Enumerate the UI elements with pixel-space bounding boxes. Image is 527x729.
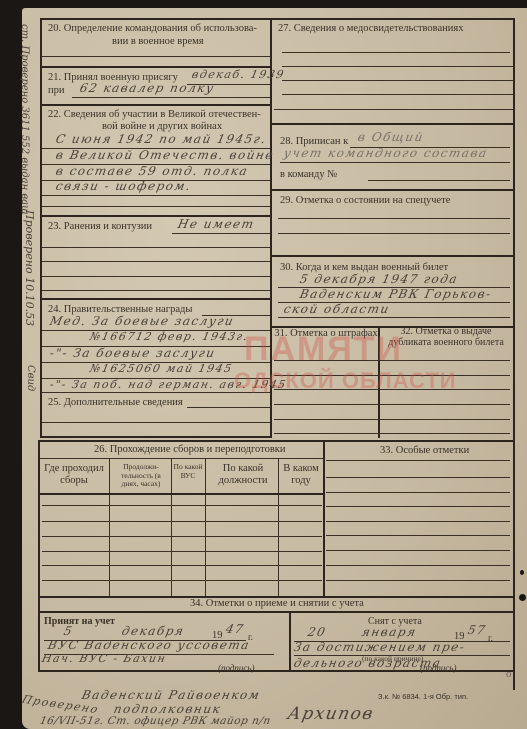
col-where: Где проходил сборы [40, 463, 108, 487]
s34-label: 34. Отметки о приеме и снятии с учета [190, 598, 364, 610]
accepted-sign-caption: (подпись) [218, 662, 255, 674]
col-vus: По какой ВУС [173, 463, 203, 480]
s28-value-1: в Общий [357, 130, 426, 144]
s30-line-2: Ваденским РВК Горьков- [299, 287, 494, 301]
s33-label: 33. Особые отметки [380, 445, 469, 457]
col-year: В каком году [280, 463, 322, 487]
s24-line-2: №166712 февр. 1943г. [89, 330, 250, 343]
page-mark: о [506, 668, 512, 680]
s22-line-4: связи - шофером. [55, 179, 193, 193]
s21-oath-date: вдекаб. 1939 [191, 68, 286, 81]
s30-line-3: ской области [283, 302, 392, 316]
s20-label-2: вии в военное время [112, 36, 204, 48]
s20-label-1: 20. Определение командования об использо… [48, 23, 257, 35]
margin-note-2: Проверено 10.10.53 [23, 210, 36, 326]
s23-value: Не имеет [177, 217, 257, 231]
margin-initials: Свид [25, 365, 36, 391]
s21-pri-label: при [48, 85, 65, 97]
s22-label-1: 22. Сведения об участии в Великой отечес… [48, 109, 261, 121]
footer-line-3: 16/VII-51г. Ст. офицер РВК майор п/п [39, 715, 272, 727]
watermark-line-1: ПАМЯТИ [244, 330, 403, 369]
print-info: З.к. № 6834. 1-я Обр. тип. [378, 691, 468, 703]
accepted-day: 5 [63, 624, 75, 638]
s24-line-3: -"- За боевые заслуги [49, 346, 218, 360]
s22-line-2: в Великой Отечеств. войне [55, 148, 276, 162]
removed-year: 57 [467, 623, 488, 637]
removed-g: г. [488, 632, 493, 644]
col-duration: Продолжи-тельность (в днях, часах) [112, 463, 170, 489]
s28-team-label: в команду № [280, 169, 337, 181]
accepted-by: ВУС Ваденского уссовета [47, 638, 252, 652]
s21-unit: 62 кавалер полку [79, 81, 216, 95]
accepted-title: Принят на учет [44, 616, 115, 628]
s28-value-2: учет командного состава [283, 146, 490, 160]
s26-label: 26. Прохождение сборов и переподготовки [94, 444, 286, 456]
s23-label: 23. Ранения и контузии [48, 221, 152, 233]
accepted-year: 47 [225, 622, 246, 636]
s24-line-1: Мед. За боевые заслуги [49, 314, 236, 328]
s27-label: 27. Сведения о медосвидетельствованиях [278, 23, 463, 35]
frame-left [40, 18, 42, 438]
watermark-line-2: ОДСКОЙ ОБЛАСТИ [234, 368, 457, 394]
col-position: По какой должности [208, 463, 278, 487]
s29-label: 29. Отметка о состоянии на спецучете [280, 195, 450, 207]
margin-note-1: ст. Проверено 3611 552 выдан ваш [19, 24, 30, 215]
s30-line-1: 5 декабря 1947 года [299, 272, 460, 286]
removed-reason-1: За достижением пре- [293, 640, 467, 654]
frame-top [40, 18, 515, 20]
removed-day: 20 [307, 625, 328, 639]
s24-line-4: №1625060 май 1945 [89, 362, 234, 375]
footer-line-1: Ваденский Райвоенком [81, 688, 262, 702]
s22-line-1: С июня 1942 по май 1945г. [55, 132, 269, 146]
footer-signature: Архипов [286, 704, 376, 724]
s22-line-3: в составе 59 отд. полка [55, 164, 250, 178]
removed-sign-caption: (подпись) [420, 662, 457, 674]
punch-hole [520, 570, 524, 575]
accepted-month: декабря [121, 624, 186, 638]
accepted-signer: Нач. ВУС - Бахин [41, 652, 168, 665]
removed-month: января [361, 625, 419, 639]
frame-right [513, 18, 515, 690]
footer-line-2: подполковник [113, 702, 223, 716]
s25-label: 25. Дополнительные сведения [48, 397, 183, 409]
punch-hole [519, 594, 526, 601]
military-record-card: 20. Определение командования об использо… [22, 8, 527, 729]
